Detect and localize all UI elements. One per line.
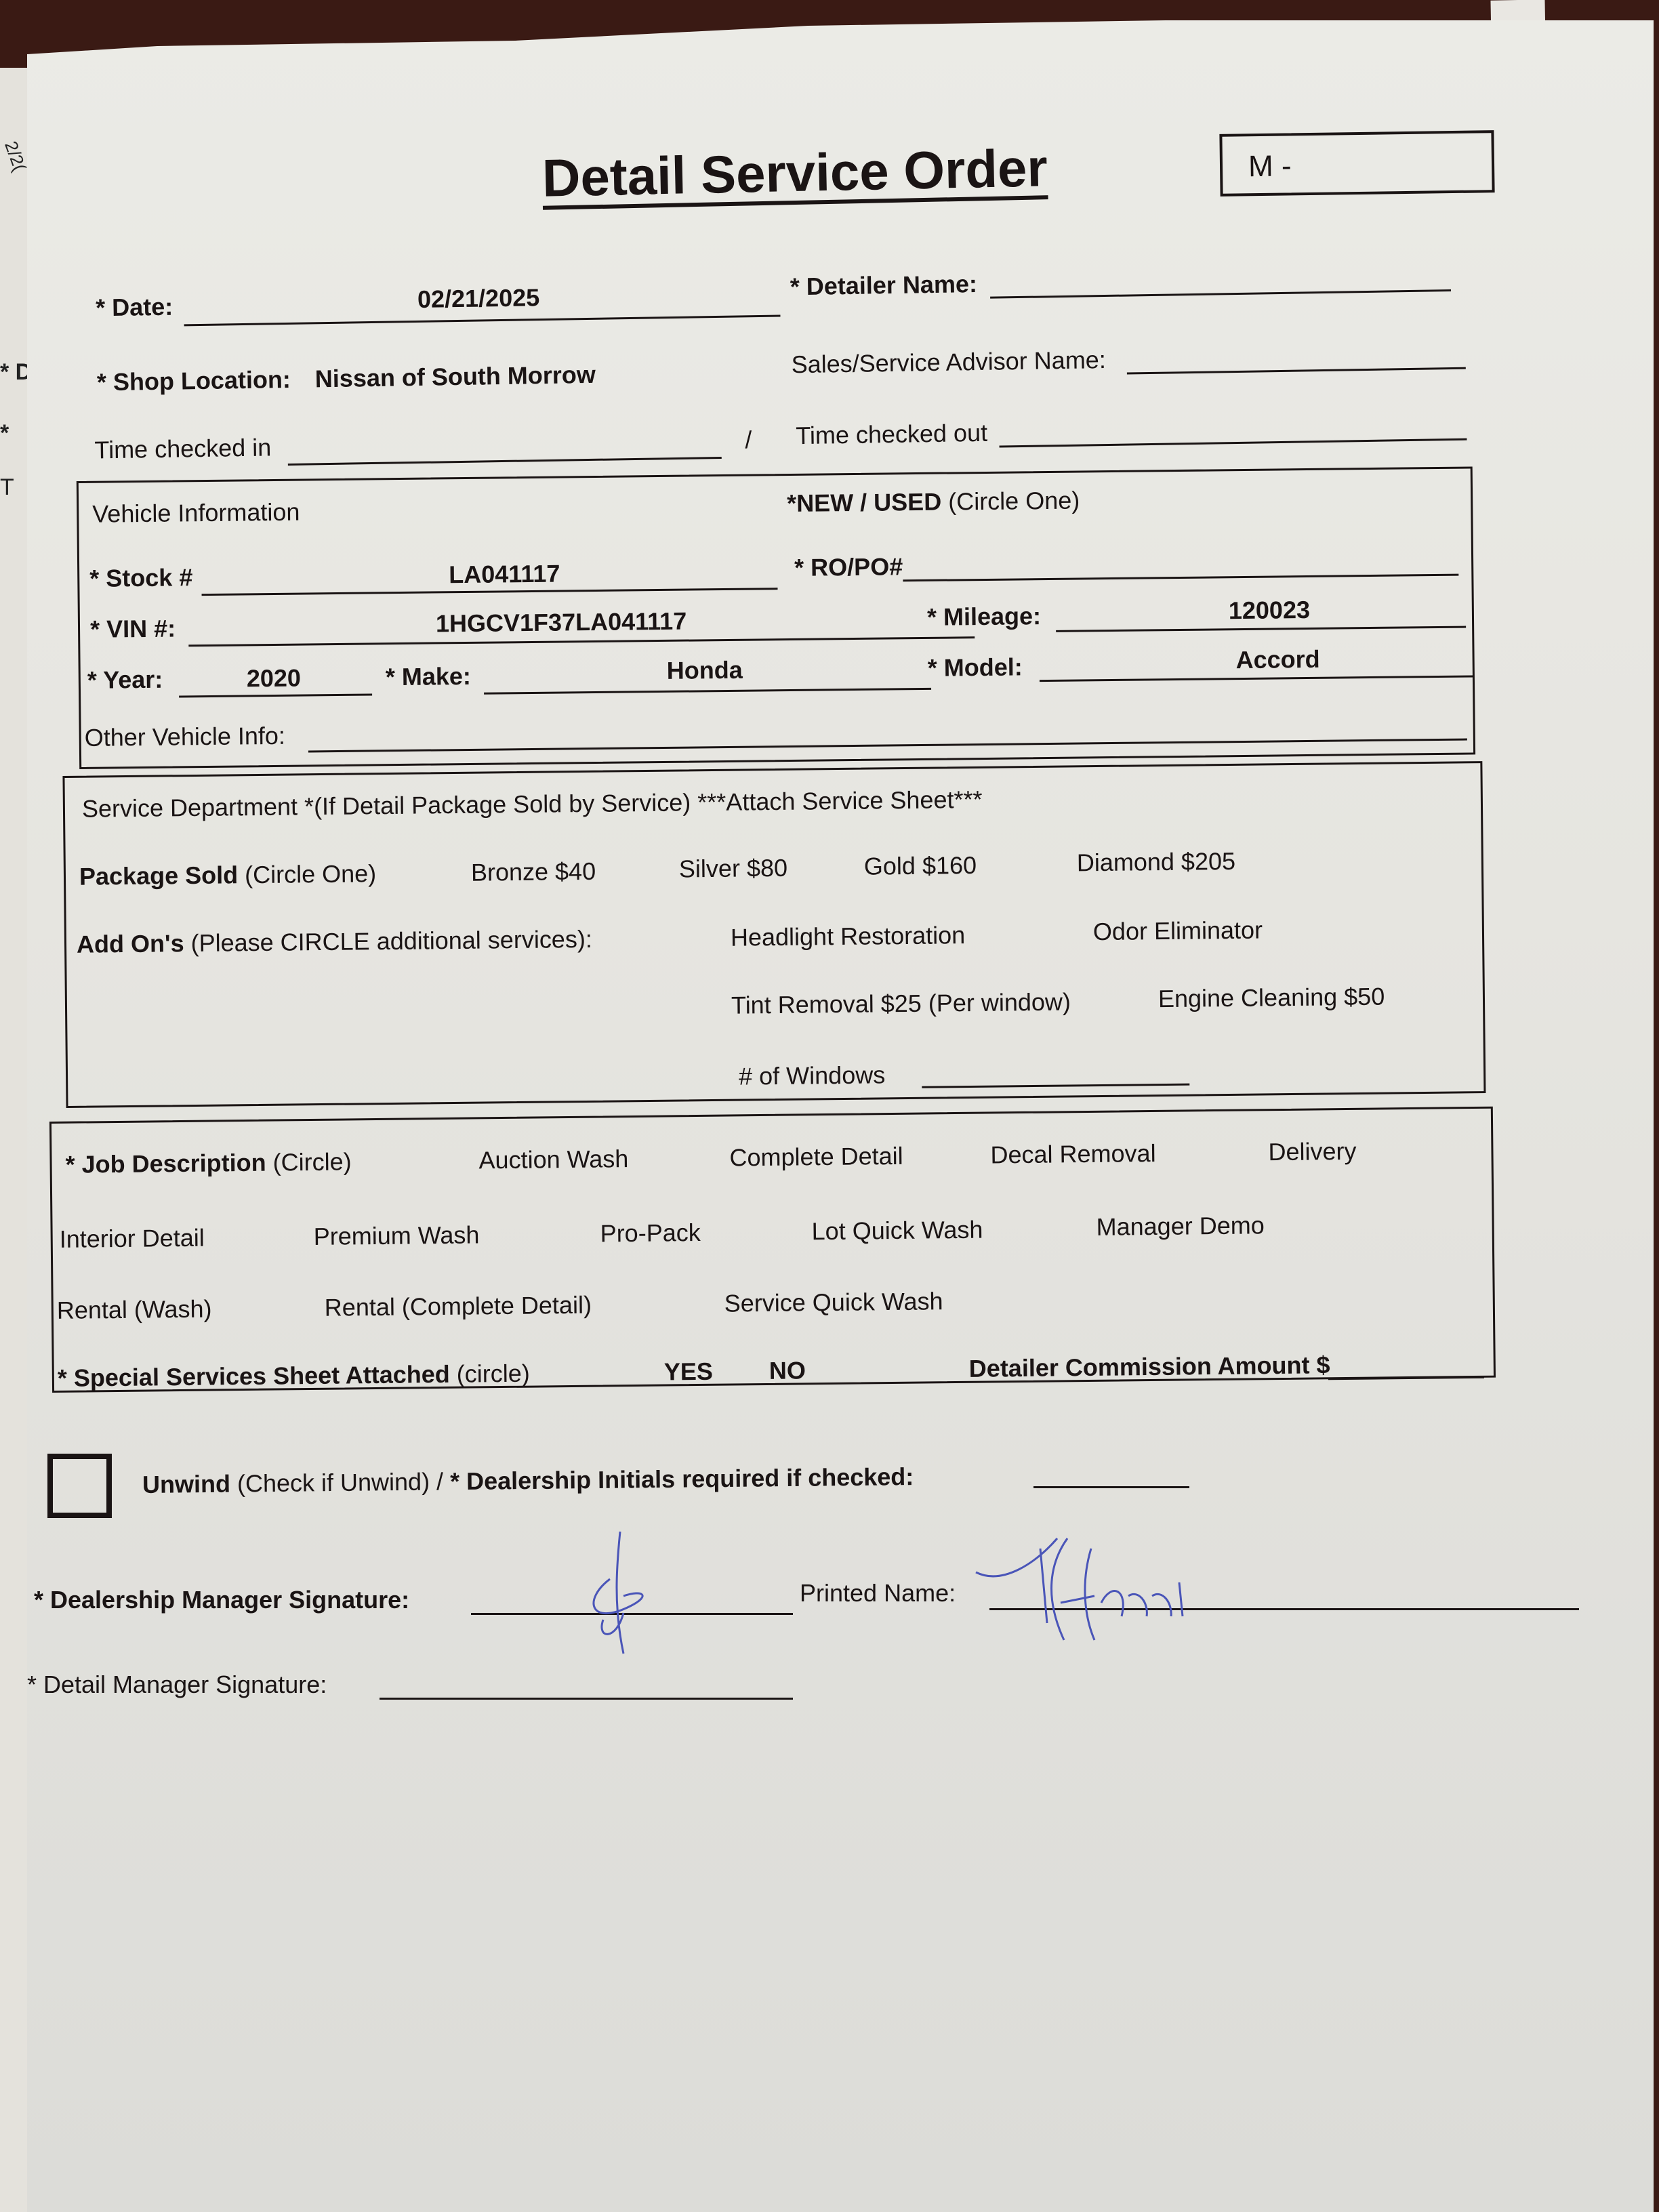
mileage-label: * Mileage:	[927, 602, 1041, 632]
job-service-quick-wash[interactable]: Service Quick Wash	[724, 1287, 943, 1317]
make-value: Honda	[667, 656, 743, 685]
stock-value: LA041117	[449, 560, 560, 590]
underlying-sheet-text: *	[0, 420, 9, 447]
package-bronze[interactable]: Bronze $40	[471, 857, 596, 887]
vin-field[interactable]	[188, 636, 975, 647]
add-ons-label: Add On's (Please CIRCLE additional servi…	[77, 925, 592, 959]
commission-label: Detailer Commission Amount $	[969, 1351, 1330, 1383]
job-complete-detail[interactable]: Complete Detail	[729, 1142, 903, 1172]
job-description-label-bold: * Job Description	[65, 1149, 266, 1179]
special-services-no[interactable]: NO	[769, 1356, 806, 1385]
vin-value: 1HGCV1F37LA041117	[436, 607, 687, 638]
vehicle-section-label: Vehicle Information	[92, 498, 300, 529]
service-department-header: Service Department *(If Detail Package S…	[82, 785, 983, 823]
package-diamond[interactable]: Diamond $205	[1077, 847, 1236, 877]
dealership-manager-signature-label: * Dealership Manager Signature:	[34, 1586, 409, 1614]
job-manager-demo[interactable]: Manager Demo	[1096, 1211, 1265, 1242]
year-value: 2020	[247, 664, 302, 693]
commission-field[interactable]	[1328, 1376, 1484, 1380]
new-used-hint: (Circle One)	[948, 487, 1080, 516]
job-description-label: * Job Description (Circle)	[65, 1147, 351, 1179]
job-premium-wash[interactable]: Premium Wash	[313, 1221, 479, 1251]
windows-count-field[interactable]	[922, 1084, 1189, 1088]
detail-manager-signature-label: * Detail Manager Signature:	[27, 1671, 327, 1699]
year-field[interactable]	[179, 693, 372, 697]
package-gold[interactable]: Gold $160	[864, 851, 977, 881]
model-label: * Model:	[928, 653, 1023, 682]
detail-service-order-form: Detail Service Order M - * Date: 02/21/2…	[27, 20, 1654, 2212]
underlying-sheet-text: 2/2(	[0, 138, 30, 174]
stock-label: * Stock #	[89, 563, 193, 593]
underlying-sheet-text: T	[0, 474, 14, 501]
job-description-section: * Job Description (Circle) Auction Wash …	[49, 1107, 1496, 1393]
model-value: Accord	[1235, 645, 1319, 674]
other-vehicle-info-field[interactable]	[308, 739, 1467, 753]
addon-headlight-restoration[interactable]: Headlight Restoration	[731, 921, 966, 952]
dealership-initials-field[interactable]	[1033, 1486, 1189, 1488]
ro-po-field[interactable]	[903, 574, 1458, 582]
add-ons-hint: (Please CIRCLE additional services):	[190, 925, 592, 957]
date-value: 02/21/2025	[417, 283, 540, 314]
job-interior-detail[interactable]: Interior Detail	[60, 1224, 205, 1254]
job-description-hint: (Circle)	[272, 1147, 351, 1176]
unwind-checkbox[interactable]	[47, 1454, 112, 1518]
year-label: * Year:	[87, 665, 163, 695]
job-pro-pack[interactable]: Pro-Pack	[600, 1218, 700, 1248]
job-delivery[interactable]: Delivery	[1268, 1137, 1356, 1166]
new-used-label: *NEW / USED	[787, 488, 941, 517]
time-in-label: Time checked in	[94, 433, 271, 464]
special-services-label-bold: * Special Services Sheet Attached	[58, 1360, 450, 1392]
time-separator: /	[745, 426, 752, 454]
windows-count-label: # of Windows	[739, 1061, 886, 1090]
package-silver[interactable]: Silver $80	[679, 854, 788, 884]
job-lot-quick-wash[interactable]: Lot Quick Wash	[811, 1216, 983, 1246]
detail-manager-signature-field[interactable]	[380, 1698, 793, 1700]
unwind-label-bold: Unwind	[142, 1470, 230, 1498]
stock-field[interactable]	[202, 588, 778, 596]
dealership-manager-signature-ink	[556, 1525, 691, 1660]
special-services-hint: (circle)	[457, 1359, 530, 1388]
job-decal-removal[interactable]: Decal Removal	[990, 1139, 1156, 1170]
vehicle-information-section: Vehicle Information *NEW / USED (Circle …	[77, 466, 1475, 769]
package-sold-hint: (Circle One)	[245, 859, 376, 888]
package-sold-label-bold: Package Sold	[79, 861, 239, 890]
make-field[interactable]	[484, 688, 931, 695]
detailer-name-field[interactable]	[990, 289, 1451, 299]
unwind-hint: (Check if Unwind) /	[237, 1467, 444, 1497]
printed-name-ink	[969, 1521, 1227, 1643]
date-field[interactable]	[184, 315, 781, 327]
addon-odor-eliminator[interactable]: Odor Eliminator	[1093, 916, 1263, 946]
shop-location-label: * Shop Location:	[97, 365, 291, 396]
ro-po-label: * RO/PO#	[794, 552, 903, 582]
add-ons-label-bold: Add On's	[77, 929, 184, 958]
header-fields: * Date: 02/21/2025 * Detailer Name: * Sh…	[24, 0, 1658, 495]
mileage-value: 120023	[1229, 596, 1311, 625]
service-department-section: Service Department *(If Detail Package S…	[62, 761, 1486, 1108]
time-in-field[interactable]	[288, 457, 722, 466]
job-rental-complete-detail[interactable]: Rental (Complete Detail)	[325, 1291, 592, 1322]
advisor-name-label: Sales/Service Advisor Name:	[791, 346, 1106, 379]
new-used-selector[interactable]: *NEW / USED (Circle One)	[787, 487, 1080, 518]
printed-name-label: Printed Name:	[800, 1579, 956, 1607]
make-label: * Make:	[386, 662, 471, 691]
special-services-label: * Special Services Sheet Attached (circl…	[58, 1359, 530, 1393]
vin-label: * VIN #:	[90, 614, 176, 643]
shop-location-value: Nissan of South Morrow	[315, 361, 596, 393]
job-auction-wash[interactable]: Auction Wash	[478, 1145, 628, 1174]
other-vehicle-info-label: Other Vehicle Info:	[85, 722, 286, 752]
mileage-field[interactable]	[1056, 626, 1466, 632]
time-out-label: Time checked out	[796, 419, 987, 450]
addon-engine-cleaning[interactable]: Engine Cleaning $50	[1158, 983, 1385, 1013]
initials-required-label: * Dealership Initials required if checke…	[450, 1462, 914, 1495]
model-field[interactable]	[1040, 675, 1473, 682]
detailer-name-label: * Detailer Name:	[790, 270, 977, 301]
unwind-label: Unwind (Check if Unwind) / * Dealership …	[142, 1462, 914, 1499]
addon-tint-removal[interactable]: Tint Removal $25 (Per window)	[731, 987, 1071, 1019]
special-services-yes[interactable]: YES	[664, 1357, 713, 1387]
advisor-name-field[interactable]	[1127, 367, 1466, 375]
date-label: * Date:	[96, 293, 173, 323]
job-rental-wash[interactable]: Rental (Wash)	[57, 1295, 212, 1325]
time-out-field[interactable]	[1000, 438, 1467, 448]
package-sold-label: Package Sold (Circle One)	[79, 859, 377, 891]
